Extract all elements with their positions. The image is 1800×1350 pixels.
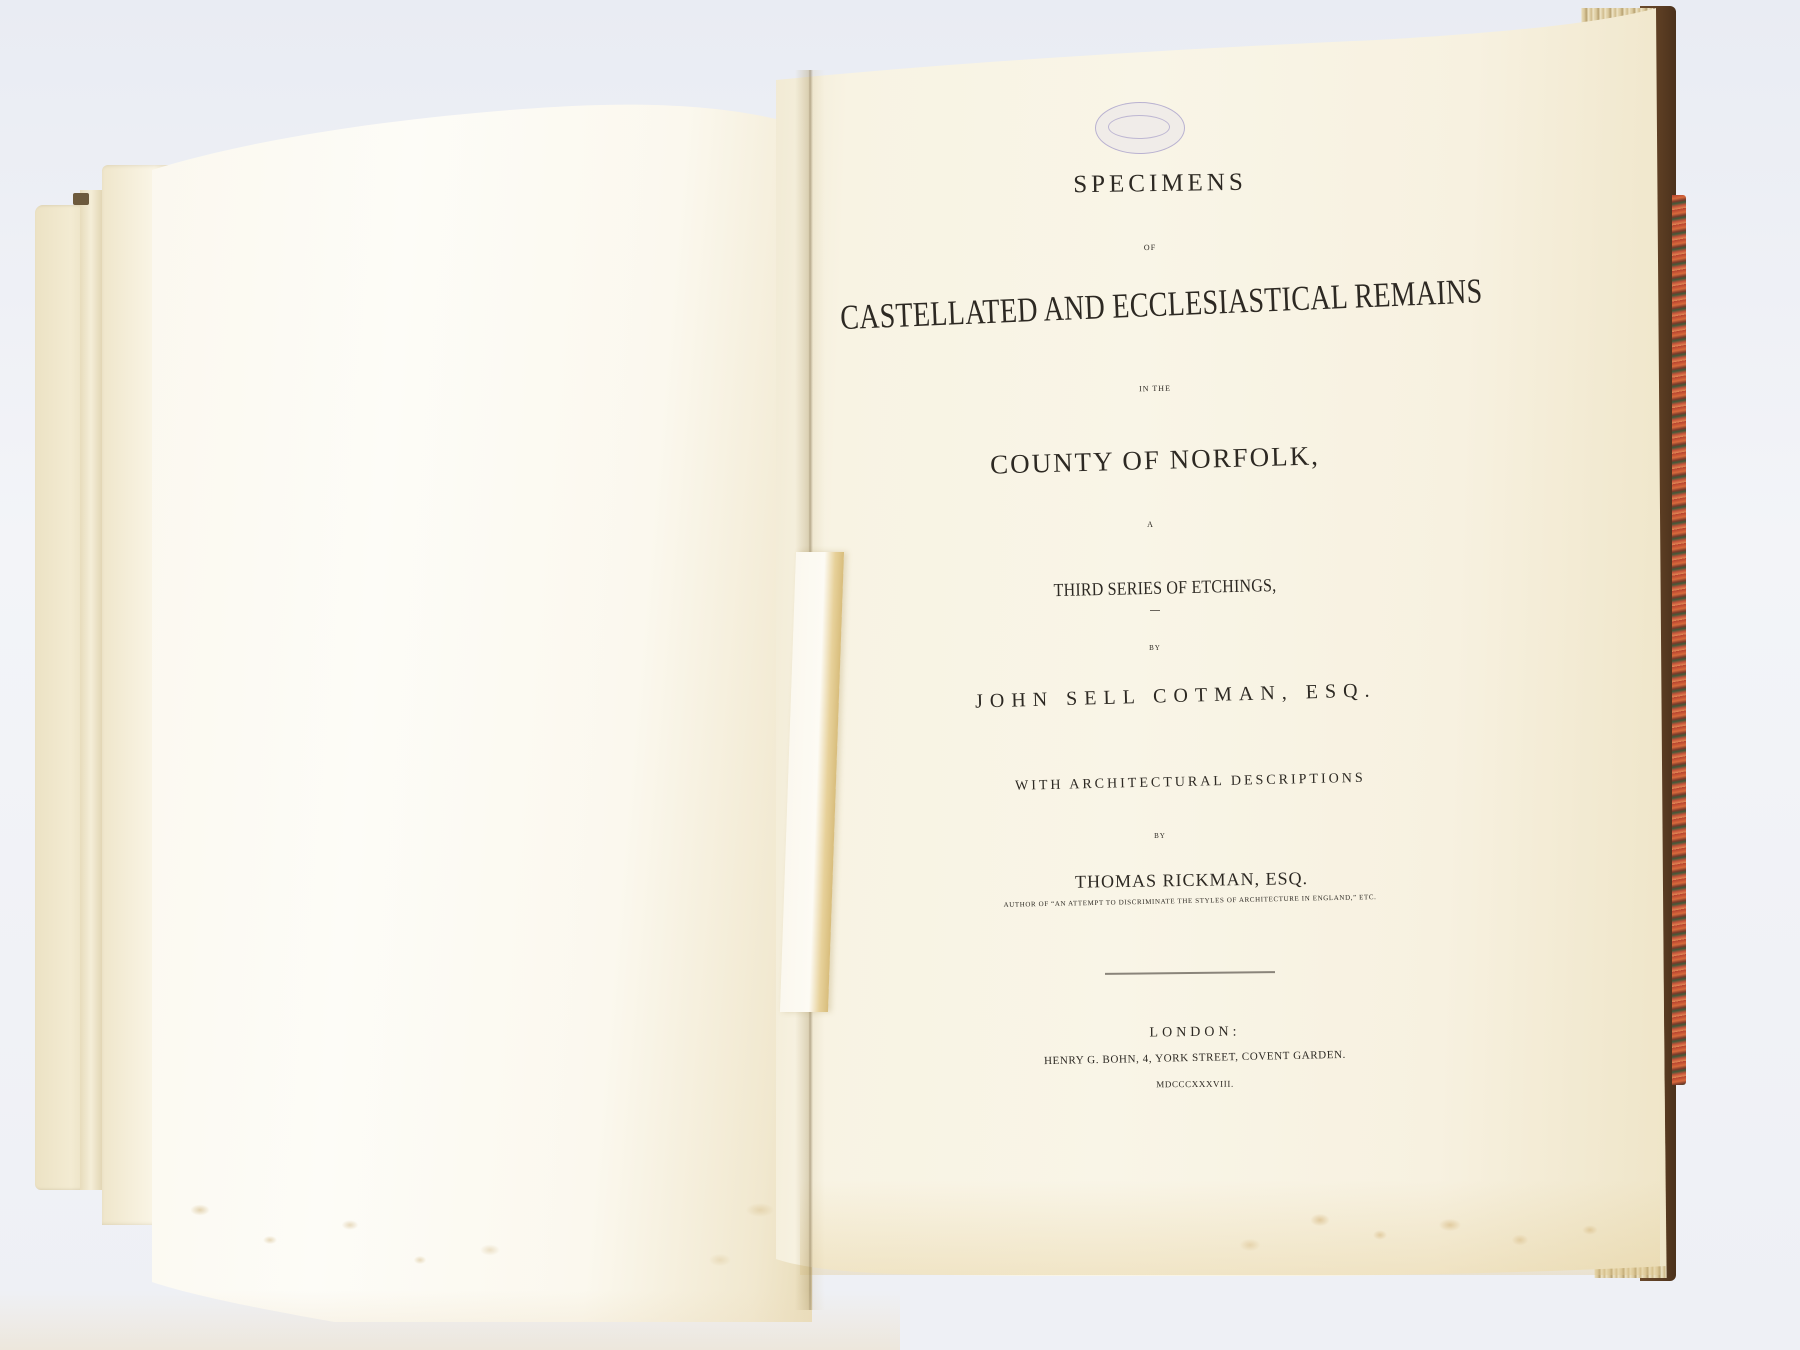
title-line-specimens: SPECIMENS [1040,168,1280,199]
table-surface [0,1290,900,1350]
blank-verso-page[interactable] [152,52,812,1322]
imprint-city: LONDON: [1140,1024,1250,1041]
ornamental-dash [1150,610,1160,611]
fly-leaf-stack [80,190,102,1190]
foxing-stains-left [160,1170,810,1300]
foxing-stains-right [800,1180,1660,1275]
connector-in-the: IN THE [1120,383,1190,393]
connector-a: A [1140,520,1160,529]
stamp-inner-ring [1108,115,1170,139]
connector-by-1: BY [1140,644,1170,652]
connector-of: OF [1120,242,1180,252]
connector-by-2: BY [1145,832,1175,840]
library-stamp-icon [1095,102,1185,154]
headband [73,193,89,205]
imprint-year: MDCCCXXXVIII. [1150,1079,1240,1090]
contributor-name: THOMAS RICKMAN, ESQ. [1075,868,1295,892]
marbled-board-edge [1672,195,1686,1085]
